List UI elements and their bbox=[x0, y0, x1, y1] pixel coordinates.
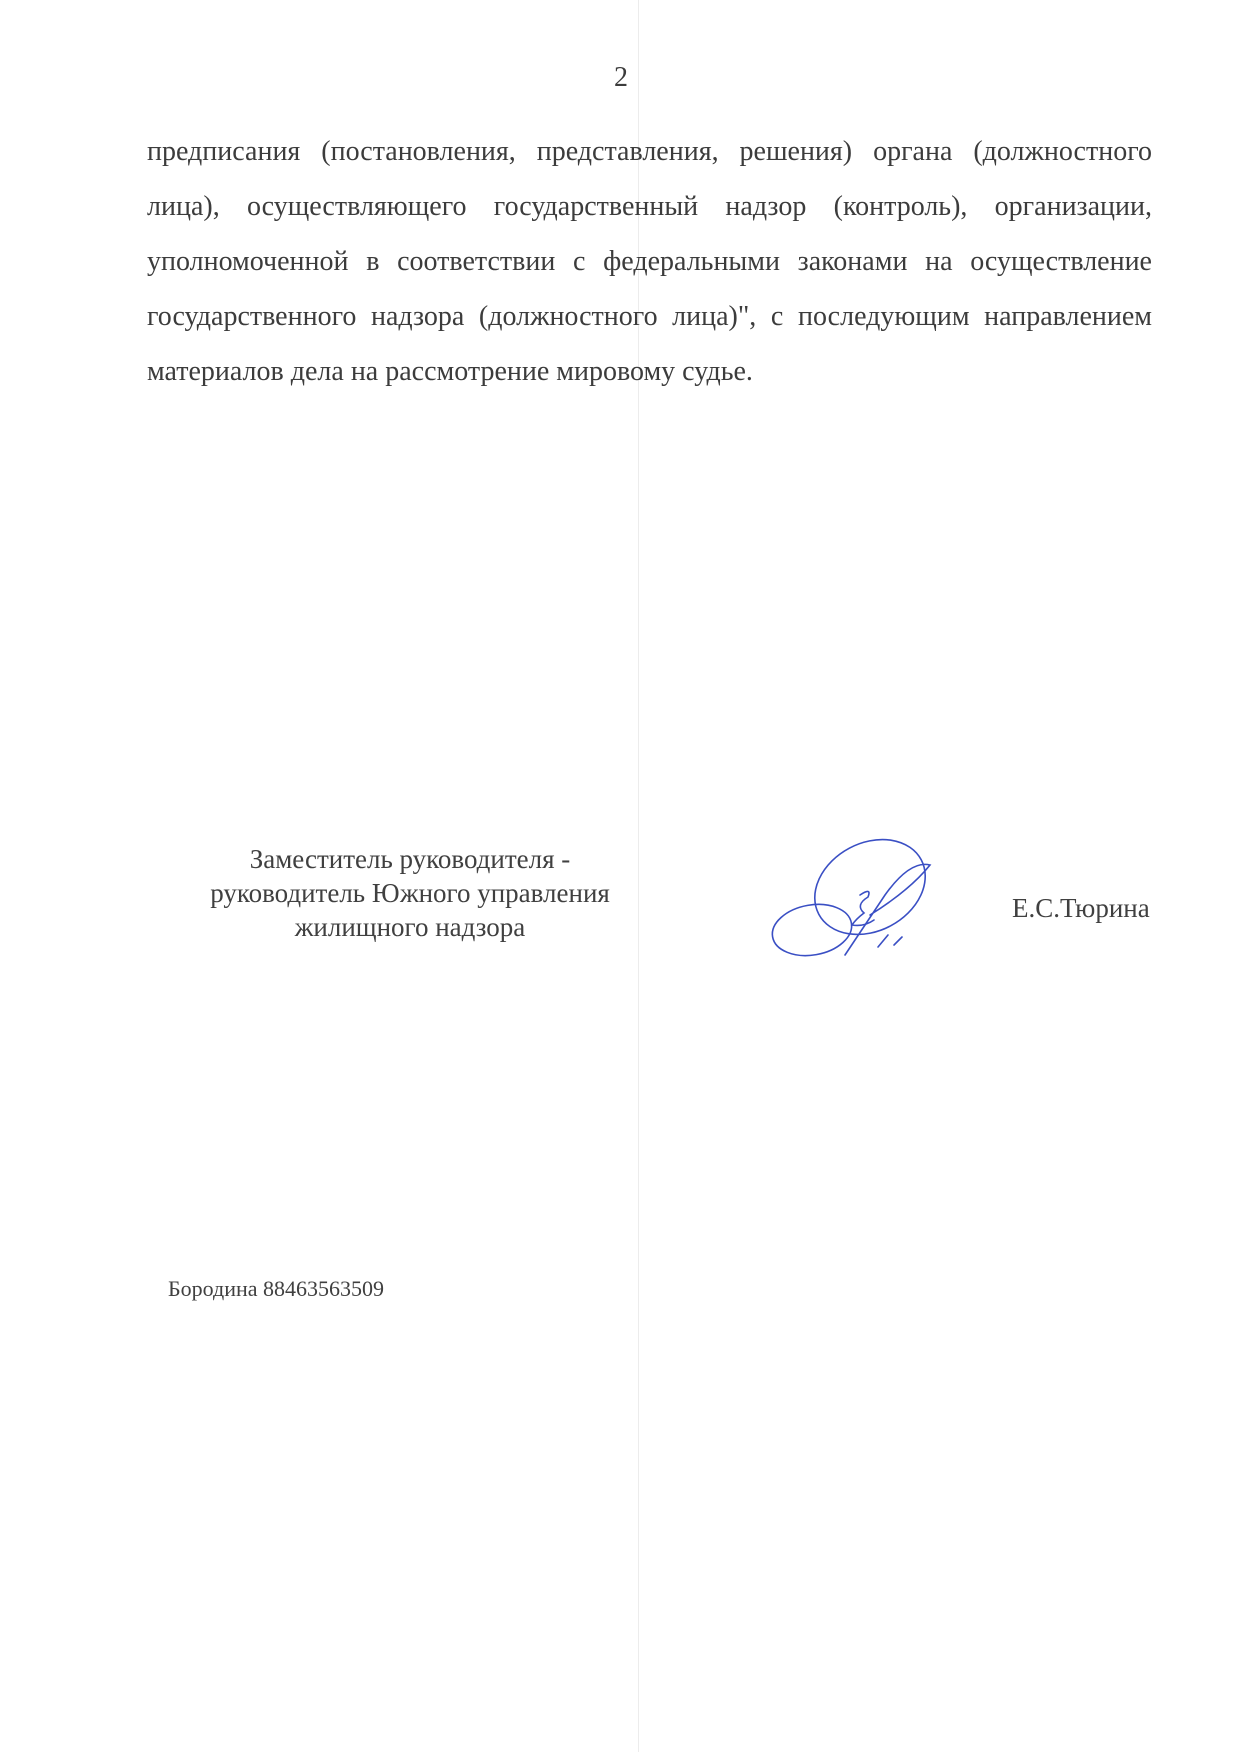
signatory-position-line: руководитель Южного управления bbox=[180, 876, 640, 910]
body-line: предписания (постановления, представлени… bbox=[147, 124, 1152, 179]
body-line: лица), осуществляющего государственный н… bbox=[147, 179, 1152, 234]
body-line: материалов дела на рассмотрение мировому… bbox=[147, 344, 1152, 399]
body-line: уполномоченной в соответствии с федераль… bbox=[147, 234, 1152, 289]
signatory-position-line: жилищного надзора bbox=[180, 910, 640, 944]
body-line: государственного надзора (должностного л… bbox=[147, 289, 1152, 344]
contact-line: Бородина 88463563509 bbox=[168, 1276, 384, 1302]
body-paragraph: предписания (постановления, представлени… bbox=[147, 124, 1152, 399]
signatory-name: Е.С.Тюрина bbox=[1012, 893, 1150, 924]
signatory-position-line: Заместитель руководителя - bbox=[180, 842, 640, 876]
signatory-position: Заместитель руководителя - руководитель … bbox=[180, 842, 640, 944]
page-number: 2 bbox=[0, 62, 1242, 94]
handwritten-signature-icon bbox=[760, 835, 960, 965]
